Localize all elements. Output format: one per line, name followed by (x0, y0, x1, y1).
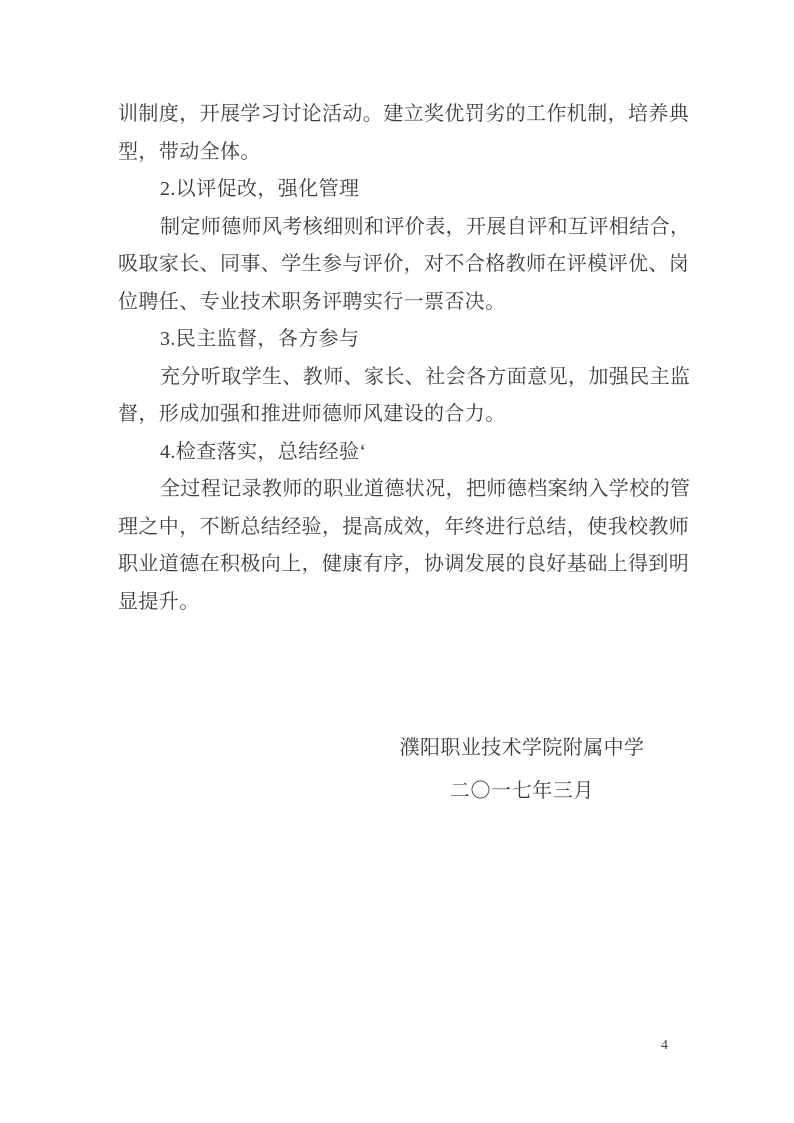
document-body: 训制度，开展学习讨论活动。建立奖优罚劣的工作机制，培养典 型，带动全体。 2.以… (118, 96, 680, 621)
signature-org: 濮阳职业技术学院附属中学 (398, 730, 646, 768)
body-line: 充分听取学生、教师、家长、社会各方面意见，加强民主监 (118, 359, 680, 397)
body-line: 吸取家长、同事、学生参与评价，对不合格教师在评模评优、岗 (118, 246, 680, 284)
body-line: 职业道德在积极向上，健康有序，协调发展的良好基础上得到明 (118, 546, 680, 584)
body-line: 督，形成加强和推进师德师风建设的合力。 (118, 396, 680, 434)
body-line: 训制度，开展学习讨论活动。建立奖优罚劣的工作机制，培养典 (118, 96, 680, 134)
body-line: 制定师德师风考核细则和评价表，开展自评和互评相结合， (118, 209, 680, 247)
section-heading: 2.以评促改，强化管理 (118, 171, 680, 209)
section-heading: 4.检查落实，总结经验‘ (118, 434, 680, 472)
page-number: 4 (661, 1038, 668, 1054)
document-page: 训制度，开展学习讨论活动。建立奖优罚劣的工作机制，培养典 型，带动全体。 2.以… (0, 0, 794, 1123)
body-line: 位聘任、专业技术职务评聘实行一票否决。 (118, 284, 680, 322)
body-line: 全过程记录教师的职业道德状况，把师德档案纳入学校的管 (118, 471, 680, 509)
section-heading: 3.民主监督，各方参与 (118, 321, 680, 359)
body-line: 型，带动全体。 (118, 134, 680, 172)
signature-date: 二〇一七年三月 (398, 773, 646, 811)
body-line: 显提升。 (118, 584, 680, 622)
signature-block: 濮阳职业技术学院附属中学 二〇一七年三月 (398, 730, 646, 810)
body-line: 理之中，不断总结经验，提高成效，年终进行总结，使我校教师 (118, 509, 680, 547)
